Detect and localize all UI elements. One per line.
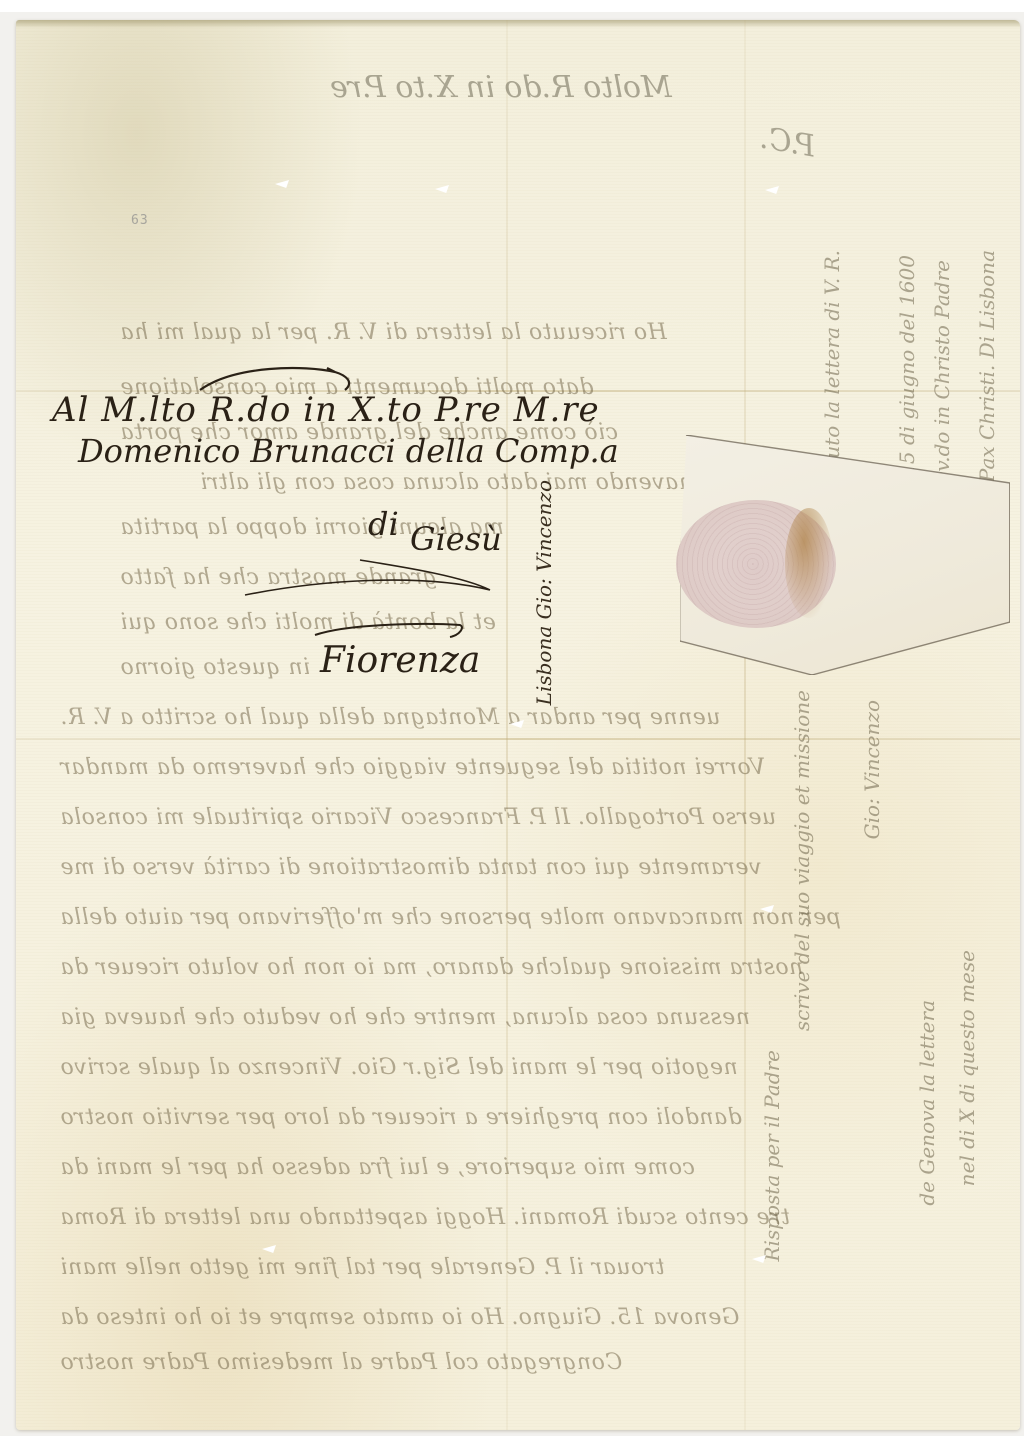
margin-column: li 15 di giugno del 1600 [895,255,919,496]
bleed-line: come mio superiore, e lui fra adesso ha … [60,1155,695,1180]
seal-stain [785,508,833,618]
margin-column: de Genova la lettera [915,1000,939,1206]
top-annotation: Molto R.do in X.to P.re [330,70,672,105]
sheet-torn-edge [16,20,1020,28]
bleed-line: Vorrei notitia del seguente viaggio che … [60,755,765,780]
address-city: Fiorenza [320,640,480,681]
folio-number: 63 [131,213,149,228]
bleed-line: negotio per le mani del Sig.r Gio. Vince… [60,1055,738,1080]
bleed-line: dandoli con preghiere a riceuer da loro … [60,1105,742,1130]
bleed-line: che havendo mai dato alcuna cosa con gli… [200,470,741,495]
address-underline-flourish [240,555,500,605]
margin-column: Gio: Vincenzo [860,700,884,839]
bleed-line: Genova 15. Giugno. Ho io amato sempre et… [60,1305,739,1330]
margin-column: scrive del suo viaggio et missione [790,690,814,1031]
bleed-line: uenne per andar a Montagna della qual ho… [60,705,720,730]
bleed-line: veramente qui con tanta dimostratione di… [60,855,761,880]
address-line-recipient-title: Al M.lto R.do in X.to P.re M.re [52,390,600,430]
bleed-line: nostra missione qualche danaro, ma io no… [60,955,803,980]
bleed-line: tre cento scudi Romani. Hoggi aspettando… [60,1205,790,1230]
margin-column: nel di X di questo mese [955,950,979,1186]
bleed-line: trouar il P. Generale per tal fine mi ge… [60,1255,665,1280]
margin-column: Pax Christi. Di Lisbona [975,250,999,482]
bleed-line: Ho riceuuto la lettera di V. R. per la q… [120,320,667,345]
address-line-recipient-name: Domenico Brunacci della Comp.a [78,432,619,470]
address-line-di: di [368,505,399,543]
bleed-line: in questo giorno [120,655,310,680]
address-line-order: Giesù [410,520,502,558]
side-annotation: Lisbona Gio: Vincenzo [532,480,556,705]
bleed-line: nessuna cosa alcuna, mentre che ho vedut… [60,1005,750,1030]
bleed-line: uerso Portogallo. Il P. Francesco Vicari… [60,805,776,830]
margin-column: Risposta per il Padre [760,1050,784,1262]
margin-column: Rev.do in Christo Padre [930,260,954,499]
bleed-line: per non mancavano molte persone che m'of… [60,905,841,930]
bleed-line: Congregato col Padre al medesimo Padre n… [60,1350,622,1375]
